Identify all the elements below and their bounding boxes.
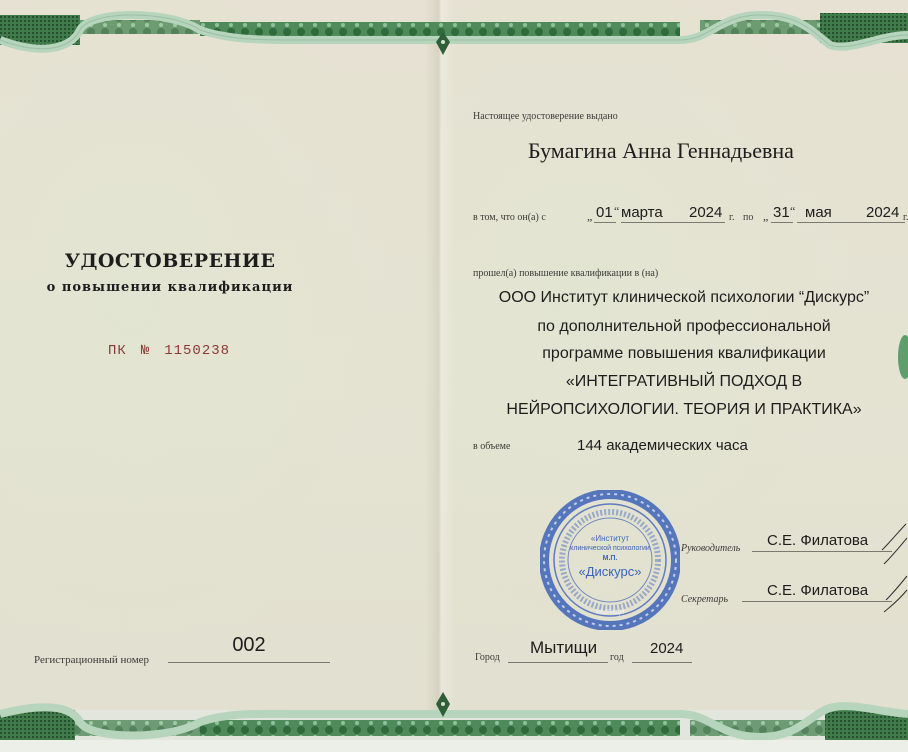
start-month: марта — [621, 204, 663, 221]
serial-number: ПК№1150238 — [108, 343, 230, 359]
registration-value: 002 — [168, 634, 330, 657]
start-day: 01 — [596, 204, 613, 221]
registration-underline — [168, 662, 330, 663]
city-underline — [508, 662, 608, 663]
director-underline — [752, 551, 892, 552]
end-month: мая — [805, 204, 832, 221]
start-day-underline — [594, 222, 616, 223]
open-quote-2: „ — [763, 209, 768, 224]
certificate-subtitle: о повышении квалификации — [0, 280, 340, 295]
serial-number-value: 1150238 — [164, 343, 230, 359]
director-name: С.Е. Филатова — [767, 532, 868, 549]
signature-scribble-icon — [880, 520, 908, 620]
end-year-suffix: г. — [903, 212, 908, 223]
program-line-1: по дополнительной профессиональной — [460, 318, 908, 336]
secretary-name: С.Е. Филатова — [767, 582, 868, 599]
year-underline — [632, 662, 692, 663]
registration-label: Регистрационный номер — [34, 654, 149, 666]
official-stamp: «Институт клинической психологии М.П. «Д… — [540, 490, 680, 630]
director-role: Руководитель — [681, 543, 740, 554]
stamp-bottom-text: МЫТИЩИ — [540, 610, 680, 616]
open-quote: „ — [587, 209, 592, 224]
secretary-underline — [742, 601, 892, 602]
end-year: 2024 — [866, 204, 899, 221]
close-quote: “ — [614, 204, 619, 219]
stamp-line-2: клинической психологии — [540, 545, 680, 552]
program-line-2: программе повышения квалификации — [460, 345, 908, 363]
organization-name: ООО Институт клинической психологии “Дис… — [460, 289, 908, 307]
serial-prefix: ПК — [108, 343, 127, 359]
stamp-line-3: М.П. — [540, 555, 680, 562]
certificate-title: УДОСТОВЕРЕНИЕ — [0, 250, 340, 272]
stamp-line-4: «Дискурс» — [540, 564, 680, 579]
close-quote-2: “ — [790, 204, 795, 219]
page-fold — [425, 0, 455, 752]
secretary-role: Секретарь — [681, 594, 728, 605]
start-month-underline — [621, 222, 725, 223]
green-edge-tab — [898, 335, 908, 379]
year-value: 2024 — [650, 640, 683, 657]
end-day-underline — [771, 222, 793, 223]
volume-label: в объеме — [473, 441, 510, 452]
period-label: в том, что он(а) с — [473, 212, 546, 223]
year-label: год — [610, 652, 624, 663]
city-value: Мытищи — [530, 638, 597, 658]
end-month-underline — [797, 222, 905, 223]
serial-number-sign: № — [141, 343, 150, 359]
qualification-label: прошел(а) повышение квалификации в (на) — [473, 268, 658, 279]
bottom-ornamental-border — [0, 692, 908, 752]
volume-value: 144 академических часа — [577, 437, 748, 454]
issued-label: Настоящее удостоверение выдано — [473, 111, 618, 122]
recipient-full-name: Бумагина Анна Геннадьевна — [528, 138, 794, 164]
program-title-line-2: НЕЙРОПСИХОЛОГИИ. ТЕОРИЯ И ПРАКТИКА» — [460, 401, 908, 419]
end-day: 31 — [773, 204, 790, 221]
program-title-line-1: «ИНТЕГРАТИВНЫЙ ПОДХОД В — [460, 373, 908, 391]
city-label: Город — [475, 652, 500, 663]
start-year-suffix: г. — [729, 212, 734, 223]
top-ornamental-border — [0, 0, 908, 60]
stamp-line-1: «Институт — [540, 534, 680, 543]
start-year: 2024 — [689, 204, 722, 221]
to-label: по — [743, 212, 753, 223]
